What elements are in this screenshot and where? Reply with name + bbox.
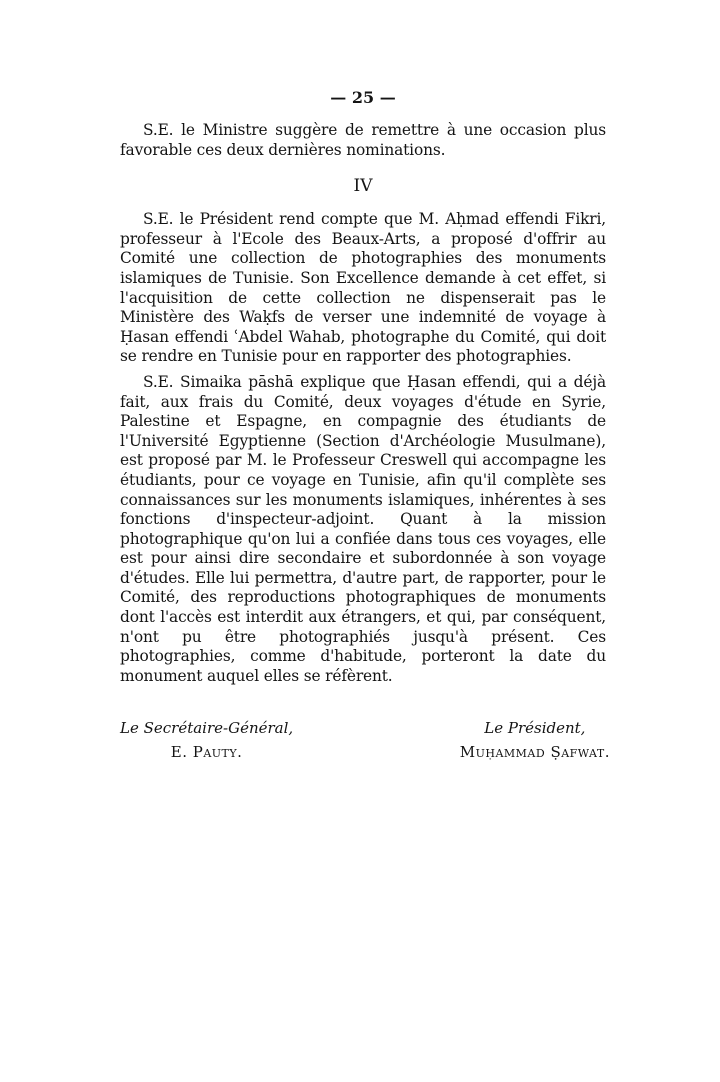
signature-name: E. Pauty.	[120, 740, 293, 764]
paragraph-president: S.E. le Président rend compte que M. Aḥm…	[120, 210, 606, 367]
page-number: — 25 —	[120, 88, 606, 107]
signature-president: Le Président, Muḥammad Ṣafwat.	[460, 716, 610, 764]
signature-role: Le Président,	[460, 716, 610, 740]
paragraph-simaika: S.E. Simaika pāshā explique que Ḥasan ef…	[120, 373, 606, 687]
signature-role: Le Secrétaire-Général,	[120, 716, 293, 740]
signature-name: Muḥammad Ṣafwat.	[460, 740, 610, 764]
document-page: — 25 — S.E. le Ministre suggère de remet…	[120, 88, 606, 764]
signature-block: Le Secrétaire-Général, E. Pauty. Le Prés…	[120, 716, 606, 764]
signature-secretary: Le Secrétaire-Général, E. Pauty.	[120, 716, 293, 764]
section-heading: IV	[120, 176, 606, 196]
paragraph-ministre: S.E. le Ministre suggère de remettre à u…	[120, 121, 606, 160]
